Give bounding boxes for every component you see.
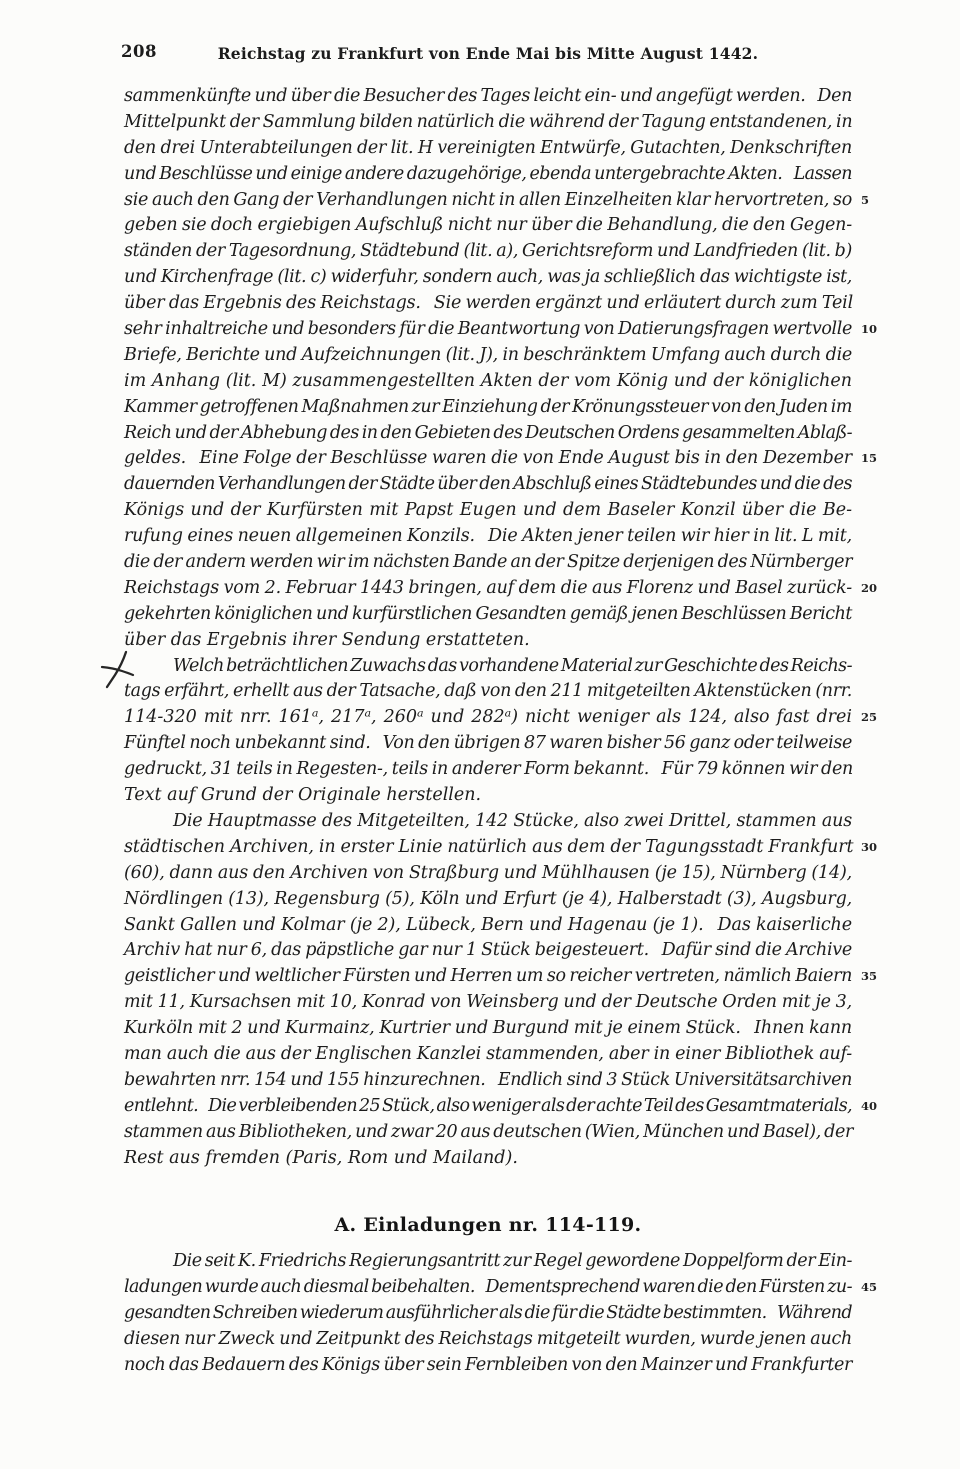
text-line: ständen der Tagesordnung, Städtebund (li… [124,239,852,265]
text-line: stammen aus Bibliotheken, und zwar 20 au… [124,1120,852,1146]
line-text: Kammer getroffenen Maßnahmen zur Einzieh… [124,395,852,421]
line-text: entlehnt. Die verbleibenden 25 Stück, al… [124,1094,852,1120]
text-line: Die seit K. Friedrichs Regierungsantritt… [124,1249,852,1275]
line-text: 114-320 mit nrr. 161ᵃ, 217ᵃ, 260ᵃ und 28… [124,705,852,731]
margin-line-number: 45 [861,1275,895,1301]
text-line: Mittelpunkt der Sammlung bilden natürlic… [124,110,852,136]
line-text: Mittelpunkt der Sammlung bilden natürlic… [124,110,852,136]
line-text: im Anhang (lit. M) zusammengestellten Ak… [124,369,852,395]
text-line: mit 11, Kursachsen mit 10, Konrad von We… [124,990,852,1016]
text-line: Fünftel noch unbekannt sind. Von den übr… [124,731,852,757]
line-text: Rest aus fremden (Paris, Rom und Mailand… [124,1146,852,1172]
line-text: geldes. Eine Folge der Beschlüsse waren … [124,446,852,472]
line-text: diesen nur Zweck und Zeitpunkt des Reich… [124,1327,852,1353]
line-text: sammenkünfte und über die Besucher des T… [124,84,852,110]
line-text: Die seit K. Friedrichs Regierungsantritt… [124,1249,852,1275]
text-line: Reich und der Abhebung des in den Gebiet… [124,421,852,447]
line-text: sehr inhaltreiche und besonders für die … [124,317,852,343]
text-line: Text auf Grund der Originale herstellen. [124,783,852,809]
text-line: den drei Unterabteilungen der lit. H ver… [124,136,852,162]
scanned-book-page: 208 Reichstag zu Frankfurt von Ende Mai … [0,0,960,1469]
text-line: geistlicher und weltlicher Fürsten und H… [124,964,852,990]
margin-line-number: 35 [861,964,895,990]
text-line: gesandten Schreiben wiederum ausführlich… [124,1301,852,1327]
text-line: Kammer getroffenen Maßnahmen zur Einzieh… [124,395,852,421]
line-text: mit 11, Kursachsen mit 10, Konrad von We… [124,990,852,1016]
line-text: Sankt Gallen und Kolmar (je 2), Lübeck, … [124,913,852,939]
margin-line-number: 15 [861,446,895,472]
line-text: über das Ergebnis ihrer Sendung erstatte… [124,628,852,654]
line-text: Reichstags vom 2. Februar 1443 bringen, … [124,576,852,602]
margin-line-number: 10 [861,317,895,343]
line-text: rufung eines neuen allgemeinen Konzils. … [124,524,852,550]
line-text: Reich und der Abhebung des in den Gebiet… [124,421,852,447]
text-line: gedruckt, 31 teils in Regesten-, teils i… [124,757,852,783]
text-line: ladungen wurde auch diesmal beibehalten.… [124,1275,852,1301]
text-line: über das Ergebnis des Reichstags. Sie we… [124,291,852,317]
text-line: und Beschlüsse und einige andere dazugeh… [124,162,852,188]
line-text: die der andern werden wir im nächsten Ba… [124,550,852,576]
text-line: sie auch den Gang der Verhandlungen nich… [124,188,852,214]
margin-line-number: 5 [861,188,895,214]
line-text: städtischen Archiven, in erster Linie na… [124,835,852,861]
running-head: Reichstag zu Frankfurt von Ende Mai bis … [124,44,852,63]
text-line: Nördlingen (13), Regensburg (5), Köln un… [124,887,852,913]
text-line: diesen nur Zweck und Zeitpunkt des Reich… [124,1327,852,1353]
line-text: Nördlingen (13), Regensburg (5), Köln un… [124,887,852,913]
text-line: sehr inhaltreiche und besonders für die … [124,317,852,343]
text-line: Rest aus fremden (Paris, Rom und Mailand… [124,1146,852,1172]
line-text: Königs und der Kurfürsten mit Papst Euge… [124,498,852,524]
text-line: und Kirchenfrage (lit. c) widerfuhr, son… [124,265,852,291]
text-line: dauernden Verhandlungen der Städte über … [124,472,852,498]
text-line: Kurköln mit 2 und Kurmainz, Kurtrier und… [124,1016,852,1042]
line-text: und Kirchenfrage (lit. c) widerfuhr, son… [124,265,852,291]
line-text: ladungen wurde auch diesmal beibehalten.… [124,1275,852,1301]
line-text: man auch die aus der Englischen Kanzlei … [124,1042,852,1068]
text-line: geldes. Eine Folge der Beschlüsse waren … [124,446,852,472]
page-body: sammenkünfte und über die Besucher des T… [124,84,852,1379]
margin-line-number: 30 [861,835,895,861]
line-text: Archiv hat nur 6, das päpstliche gar nur… [124,938,852,964]
line-text: Welch beträchtlichen Zuwachs das vorhand… [124,654,852,680]
line-text: Briefe, Berichte und Aufzeichnungen (lit… [124,343,852,369]
line-text: ständen der Tagesordnung, Städtebund (li… [124,239,852,265]
line-text: gekehrten königlichen und kurfürstlichen… [124,602,852,628]
line-text: über das Ergebnis des Reichstags. Sie we… [124,291,852,317]
text-line: bewahrten nrr. 154 und 155 hinzurechnen.… [124,1068,852,1094]
text-line: Archiv hat nur 6, das päpstliche gar nur… [124,938,852,964]
line-text: tags erfährt, erhellt aus der Tatsache, … [124,679,852,705]
text-line: tags erfährt, erhellt aus der Tatsache, … [124,679,852,705]
text-line: Königs und der Kurfürsten mit Papst Euge… [124,498,852,524]
text-line: noch das Bedauern des Königs über sein F… [124,1353,852,1379]
text-line: im Anhang (lit. M) zusammengestellten Ak… [124,369,852,395]
margin-line-number: 25 [861,705,895,731]
line-text: Text auf Grund der Originale herstellen. [124,783,852,809]
margin-line-number: 20 [861,576,895,602]
section-heading: A. Einladungen nr. 114-119. [124,1212,852,1238]
line-text: bewahrten nrr. 154 und 155 hinzurechnen.… [124,1068,852,1094]
text-line: über das Ergebnis ihrer Sendung erstatte… [124,628,852,654]
text-line: gekehrten königlichen und kurfürstlichen… [124,602,852,628]
line-text: stammen aus Bibliotheken, und zwar 20 au… [124,1120,852,1146]
line-text: Fünftel noch unbekannt sind. Von den übr… [124,731,852,757]
text-line: die der andern werden wir im nächsten Ba… [124,550,852,576]
line-text: dauernden Verhandlungen der Städte über … [124,472,852,498]
line-text: und Beschlüsse und einige andere dazugeh… [124,162,852,188]
text-line: Die Hauptmasse des Mitgeteilten, 142 Stü… [124,809,852,835]
line-text: gesandten Schreiben wiederum ausführlich… [124,1301,852,1327]
text-line: man auch die aus der Englischen Kanzlei … [124,1042,852,1068]
text-line: Briefe, Berichte und Aufzeichnungen (lit… [124,343,852,369]
text-line: sammenkünfte und über die Besucher des T… [124,84,852,110]
text-line: entlehnt. Die verbleibenden 25 Stück, al… [124,1094,852,1120]
line-text: Kurköln mit 2 und Kurmainz, Kurtrier und… [124,1016,852,1042]
line-text: (60), dann aus den Archiven von Straßbur… [124,861,852,887]
line-text: gedruckt, 31 teils in Regesten-, teils i… [124,757,852,783]
text-line: 114-320 mit nrr. 161ᵃ, 217ᵃ, 260ᵃ und 28… [124,705,852,731]
line-text: den drei Unterabteilungen der lit. H ver… [124,136,852,162]
text-line: Reichstags vom 2. Februar 1443 bringen, … [124,576,852,602]
text-line: städtischen Archiven, in erster Linie na… [124,835,852,861]
line-text: Die Hauptmasse des Mitgeteilten, 142 Stü… [124,809,852,835]
line-text: geben sie doch ergiebigen Aufschluß nich… [124,213,852,239]
text-line: (60), dann aus den Archiven von Straßbur… [124,861,852,887]
text-line: rufung eines neuen allgemeinen Konzils. … [124,524,852,550]
line-text: sie auch den Gang der Verhandlungen nich… [124,188,852,214]
text-line: geben sie doch ergiebigen Aufschluß nich… [124,213,852,239]
margin-line-number: 40 [861,1094,895,1120]
text-line: Sankt Gallen und Kolmar (je 2), Lübeck, … [124,913,852,939]
line-text: geistlicher und weltlicher Fürsten und H… [124,964,852,990]
line-text: noch das Bedauern des Königs über sein F… [124,1353,852,1379]
text-line: Welch beträchtlichen Zuwachs das vorhand… [124,654,852,680]
